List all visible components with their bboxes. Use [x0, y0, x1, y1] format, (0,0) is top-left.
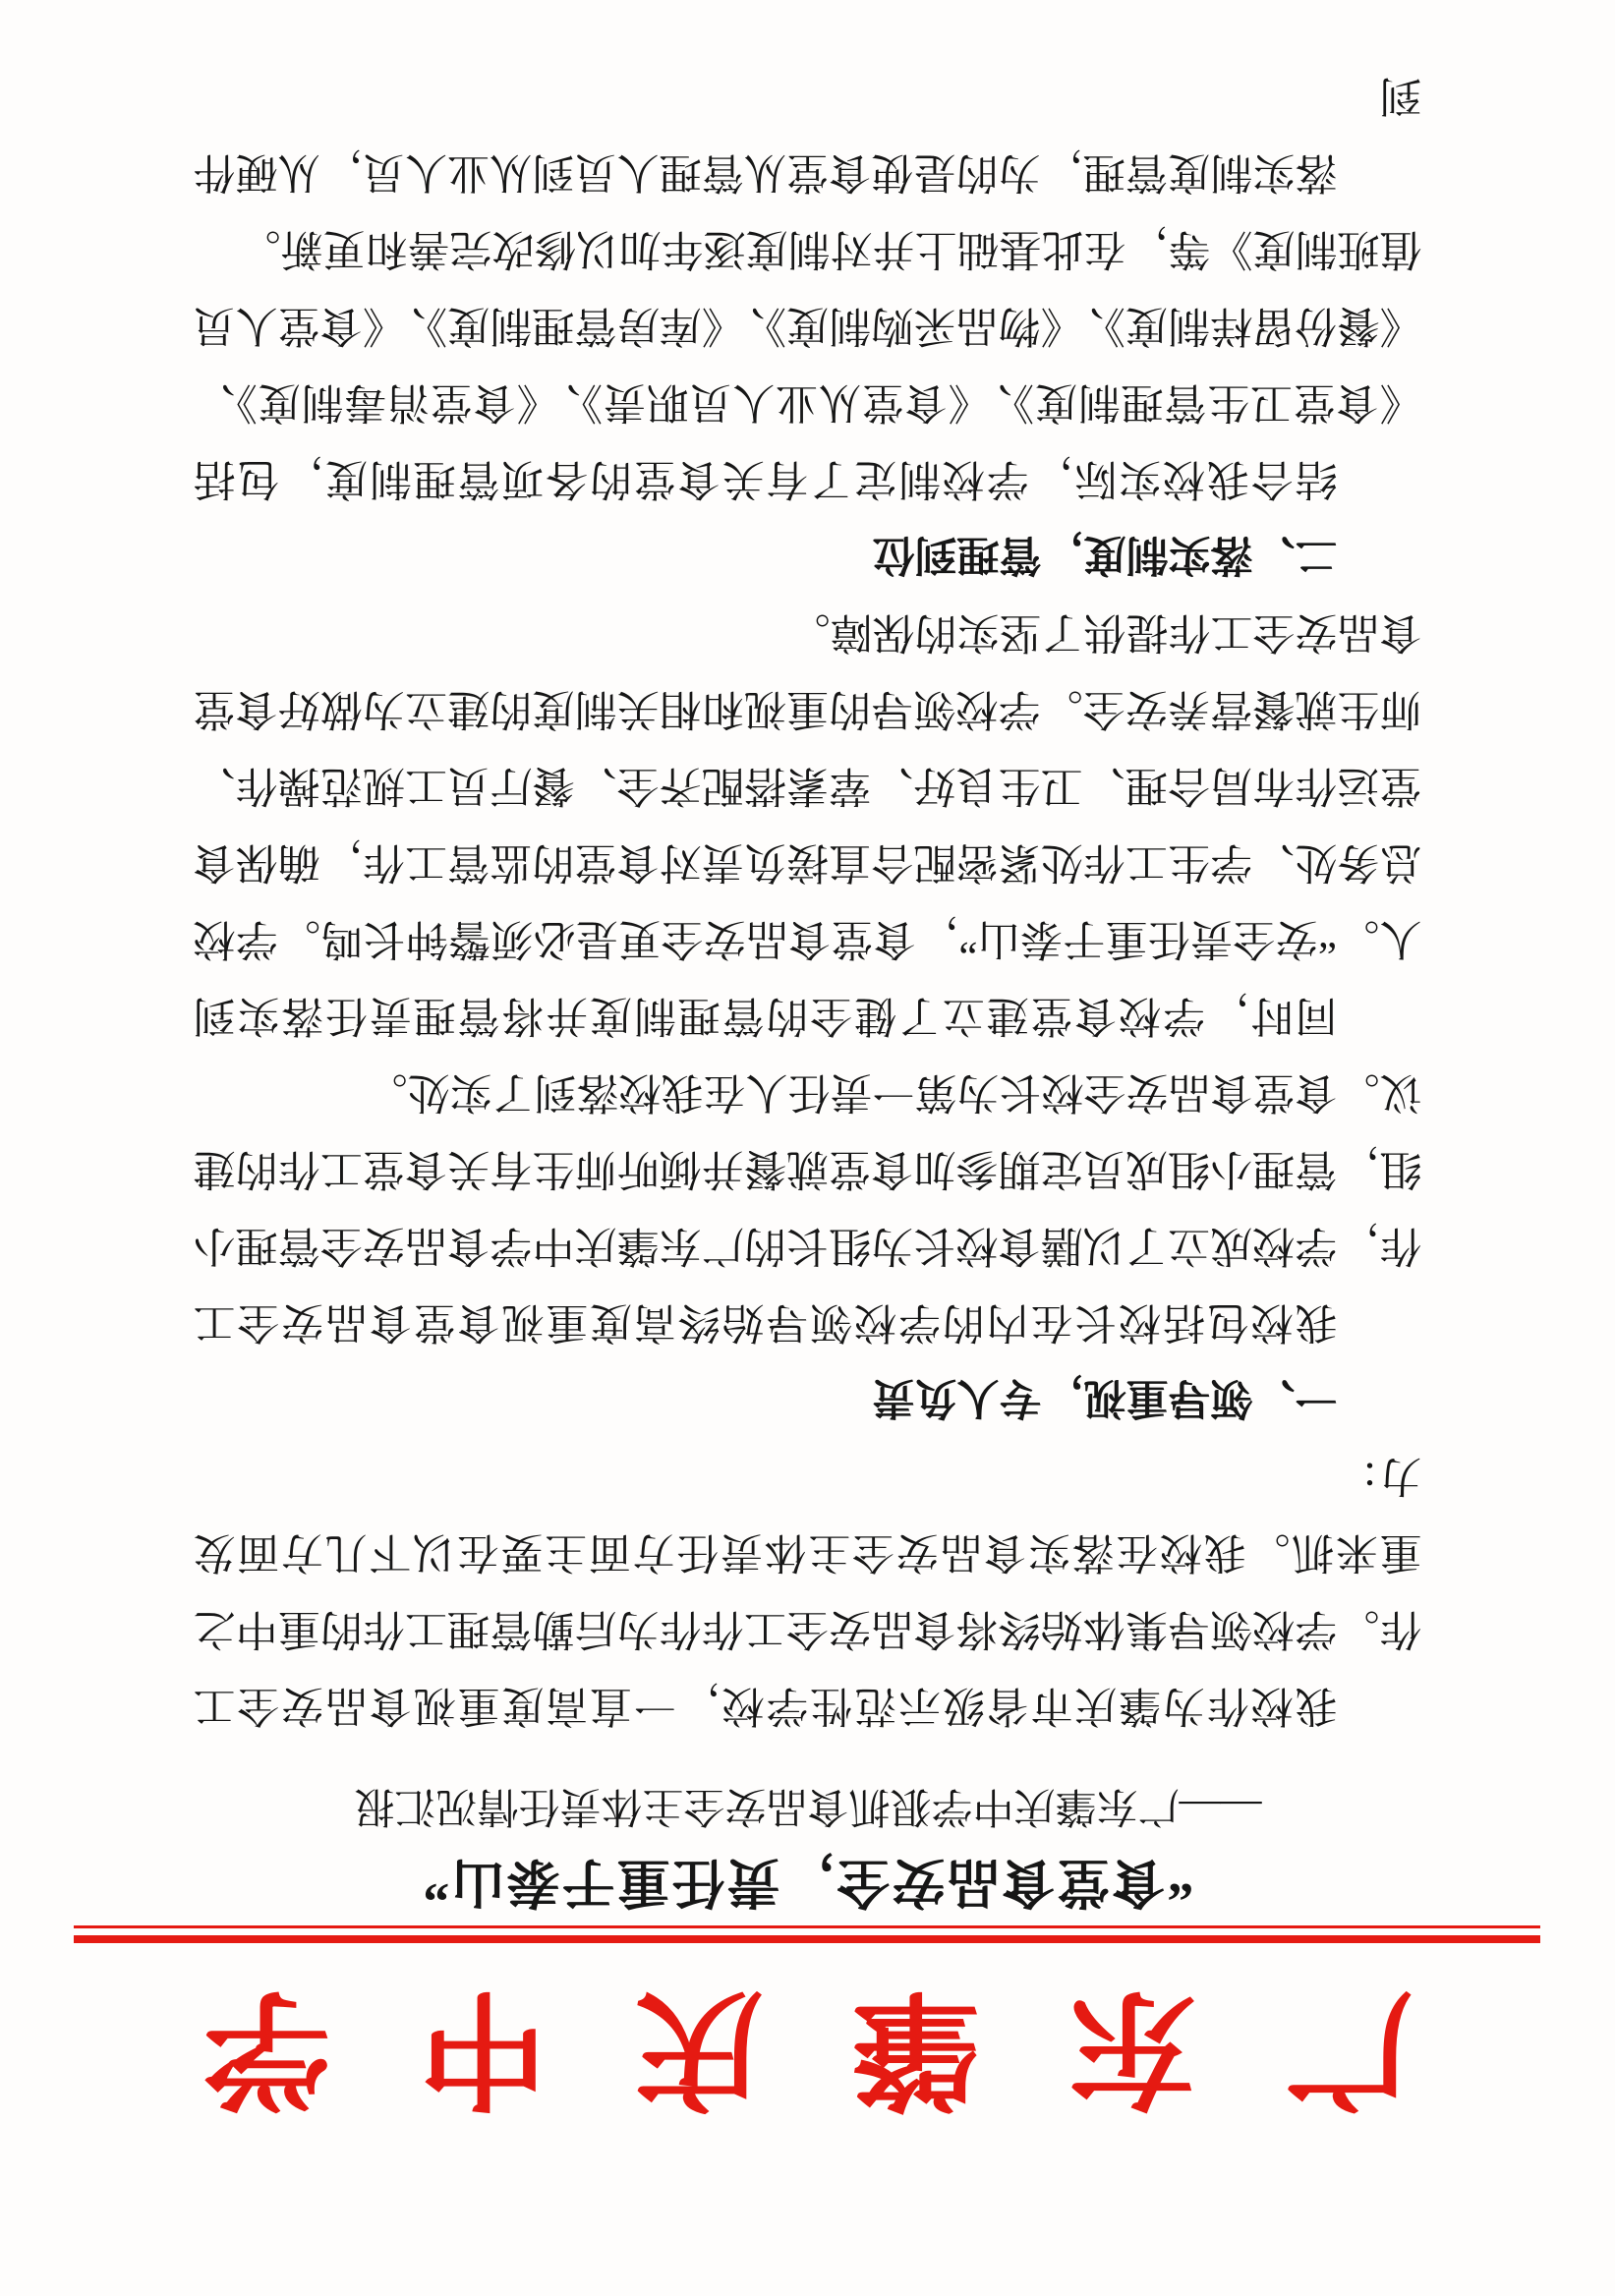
paragraph-intro: 我校作为肇庆市省级示范性学校，一直高度重视食品安全工作。学校领导集体始终将食品安… — [194, 1437, 1422, 1744]
section-heading-2: 二、落实制度，管理到位 — [194, 517, 1422, 594]
paragraph-leadership: 我校包括校长在内的学校领导始终高度重视食堂食品安全工作，学校成立了以膳食校长为组… — [194, 1054, 1422, 1360]
section-heading-1: 一、领导重视，专人负责 — [194, 1360, 1422, 1437]
paragraph-systems: 结合我校实际，学校制定了有关食堂的各项管理制度，包括《食堂卫生管理制度》、《食堂… — [194, 210, 1422, 517]
paragraph-responsibility: 同时，学校食堂建立了健全的管理制度并将管理责任落实到人。“安全责任重于泰山”，食… — [194, 594, 1422, 1054]
separator-line-thin — [75, 1926, 1541, 1929]
letterhead-separator — [75, 1926, 1541, 1944]
document-body: 我校作为肇庆市省级示范性学校，一直高度重视食品安全工作。学校领导集体始终将食品安… — [194, 57, 1422, 1744]
document-title: “食堂食品安全，责任重于泰山” — [0, 1854, 1615, 1913]
separator-line-thick — [75, 1936, 1541, 1944]
document-subtitle: ——广东肇庆中学狠抓食品安全主体责任情况汇报 — [0, 1783, 1615, 1830]
paragraph-implementation: 落实制度管理，为的是使食堂从管理人员到从业人员，从硬件到 — [194, 57, 1422, 210]
scanned-document-page: 广东肇庆中学 “食堂食品安全，责任重于泰山” ——广东肇庆中学狠抓食品安全主体责… — [0, 0, 1615, 2296]
letterhead-school-name: 广东肇庆中学 — [0, 1980, 1615, 2114]
